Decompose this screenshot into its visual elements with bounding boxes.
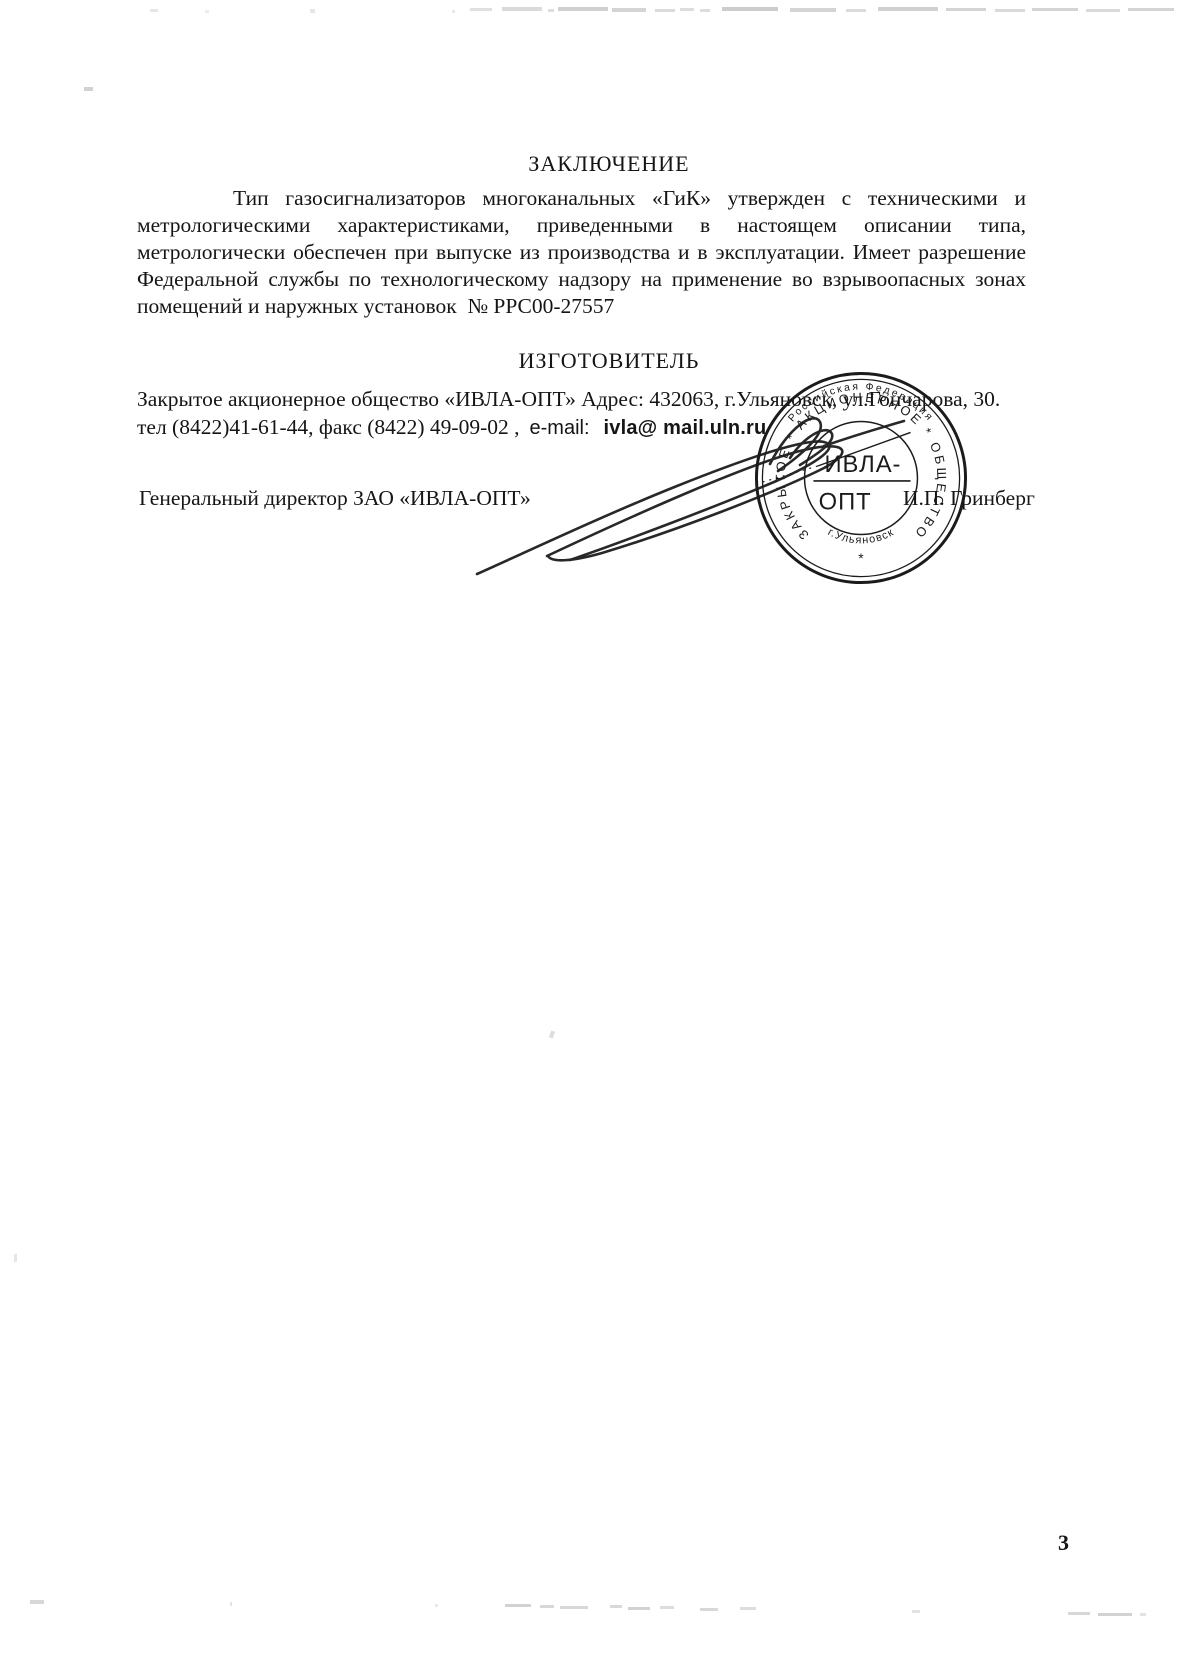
scan-artifact [14, 1254, 17, 1262]
stamp-center-line2: ОПТ [819, 489, 872, 516]
scan-artifact [549, 1031, 555, 1039]
signer-name: И.П. Гринберг [903, 486, 1035, 511]
conclusion-paragraph: Тип газосигнализаторов многоканальных «Г… [137, 185, 1026, 320]
scanned-document-page: ЗАКЛЮЧЕНИЕ Тип газосигнализаторов многок… [0, 0, 1181, 1656]
page-number: 3 [1058, 1530, 1069, 1556]
stamp-bottom-star: * [858, 550, 864, 566]
scan-artifact [84, 87, 93, 91]
stamp-center-line1: ИВЛА- [824, 451, 901, 478]
stamp-city-arc-text: г.Ульяновск [826, 526, 897, 546]
company-round-stamp: Российская Федерация ЗАКРЫТОЕ * АКЦИОНЕР… [752, 369, 970, 587]
conclusion-heading: ЗАКЛЮЧЕНИЕ [137, 151, 1081, 177]
